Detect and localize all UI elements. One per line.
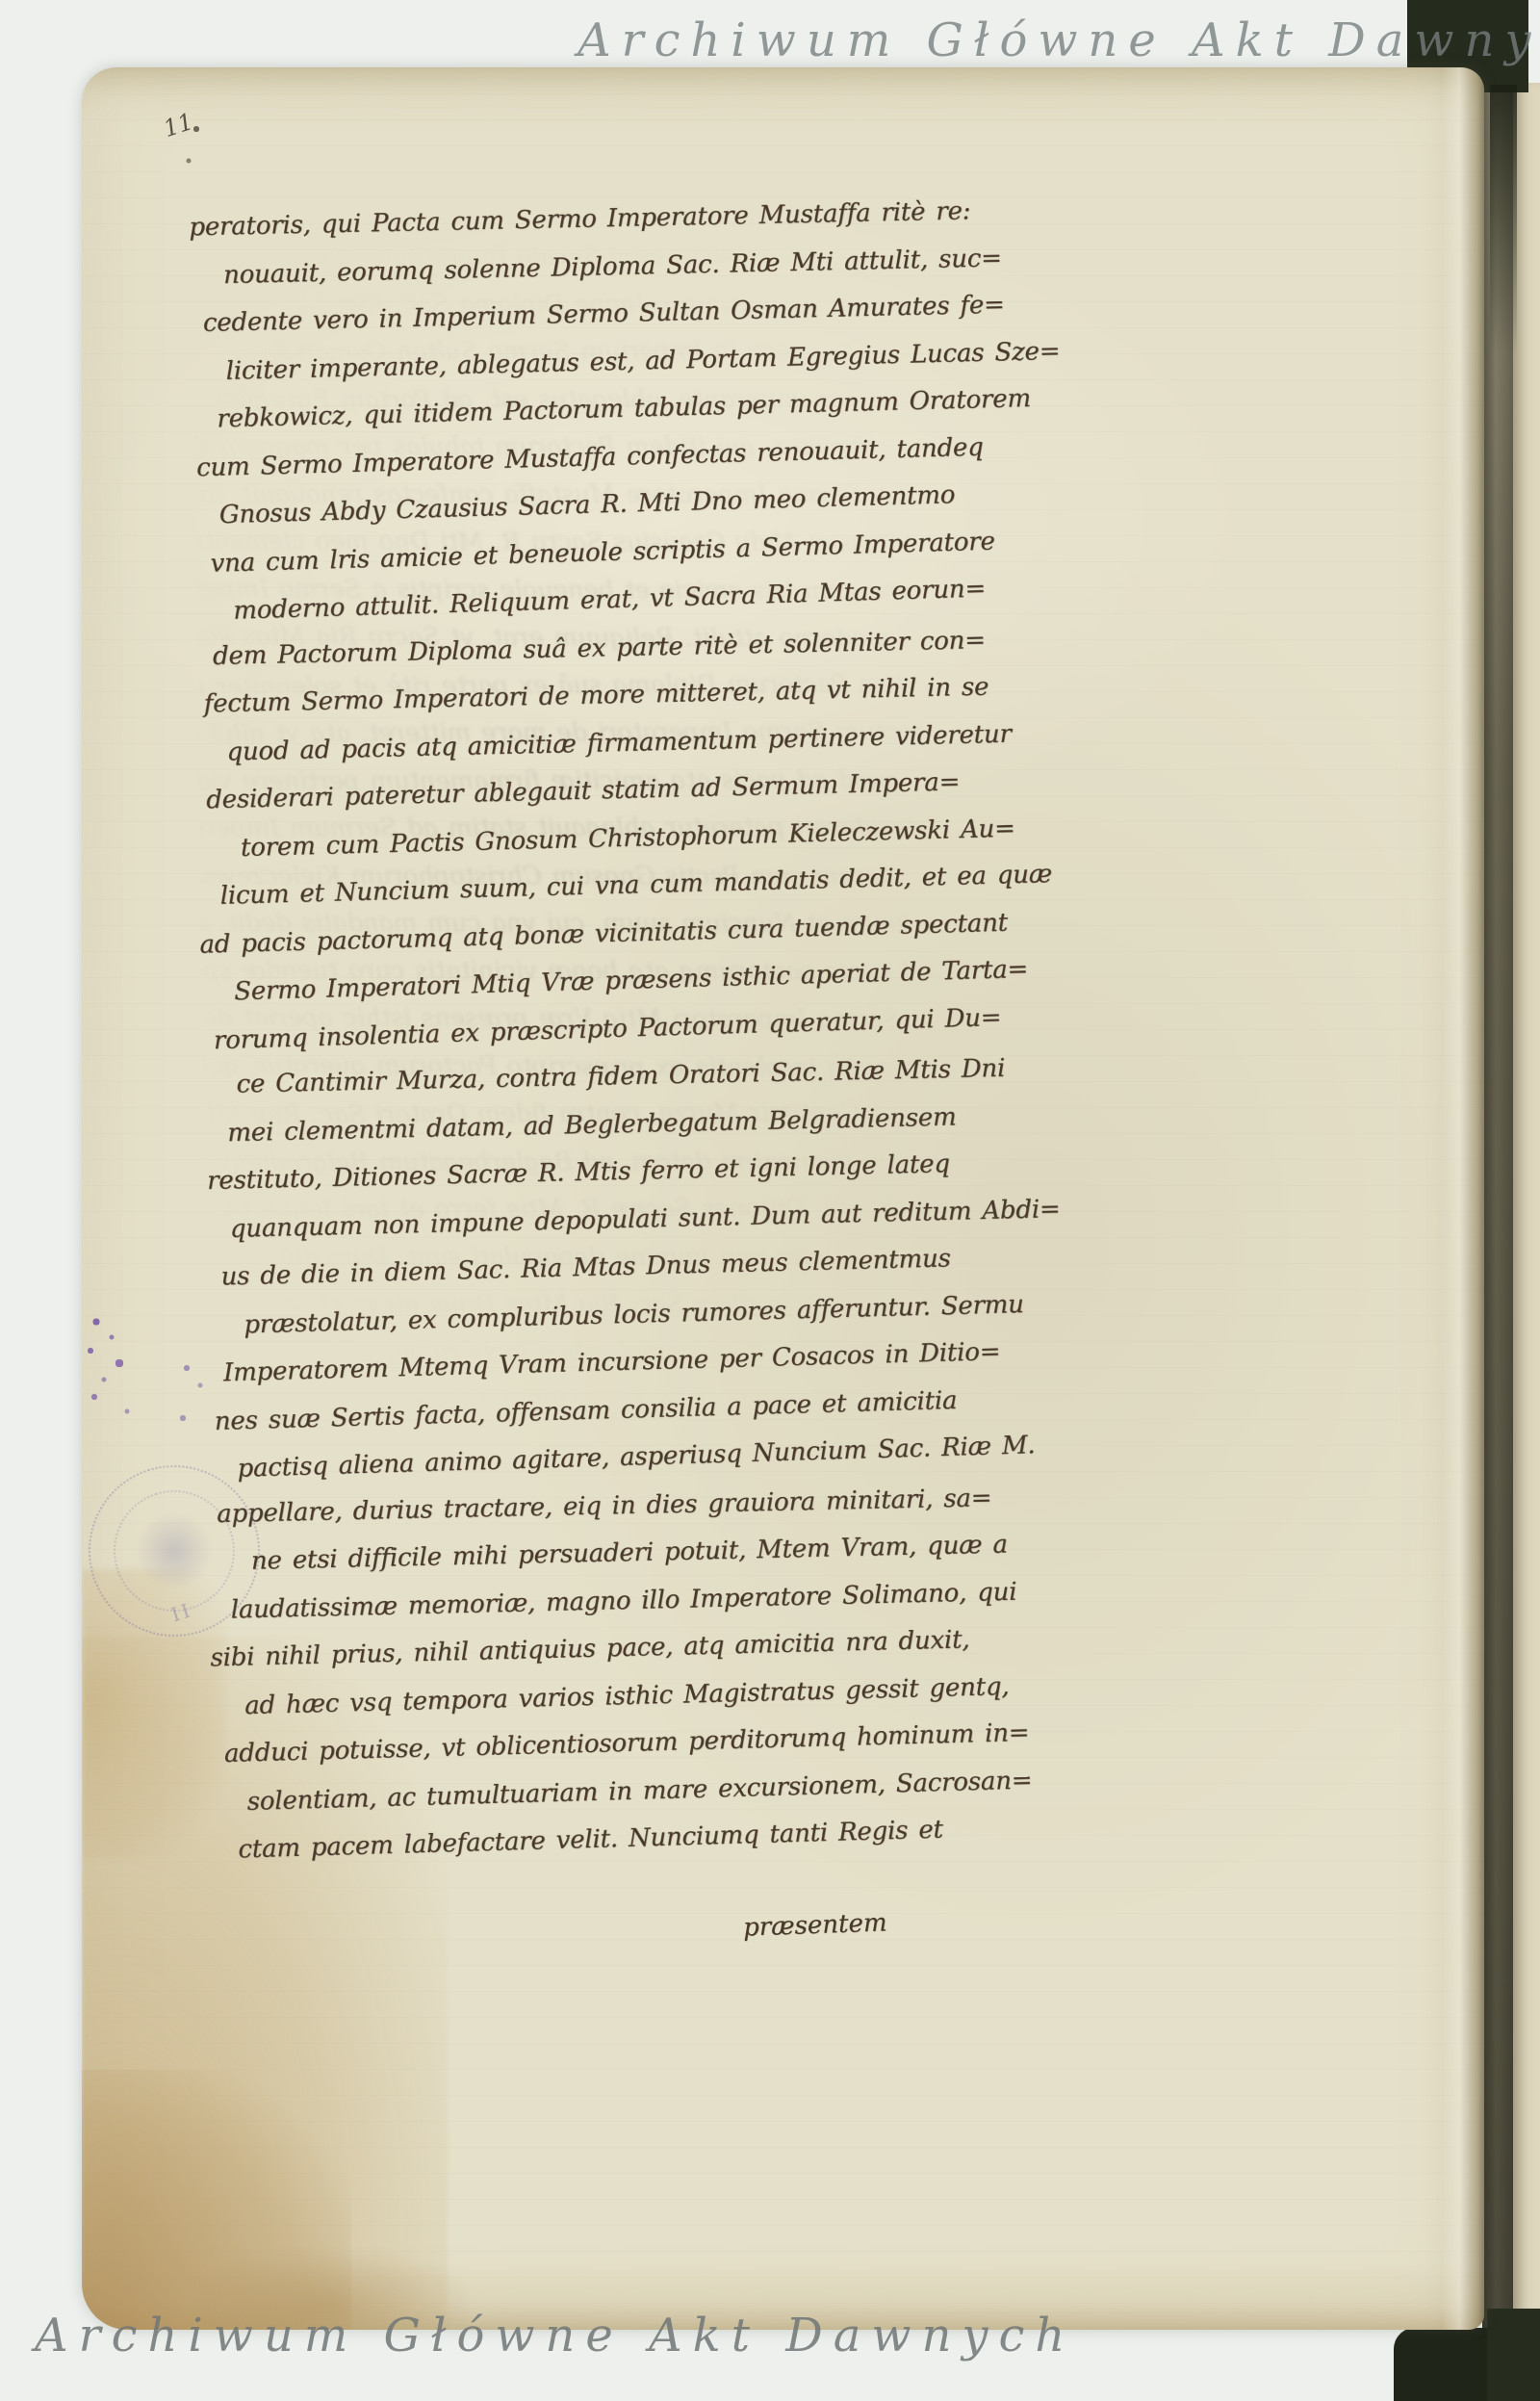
manuscript-scan: peratoris, qui Pacta cum Sermo Imperator…: [0, 0, 1540, 2401]
folio-number: 11: [160, 108, 196, 142]
watermark-top: Archiwum Główne Akt Dawnych: [577, 13, 1540, 67]
paper-stain: [82, 2070, 351, 2330]
book-gutter: [1482, 83, 1513, 2401]
catchword: præsentem: [743, 1908, 887, 1942]
manuscript-page: peratoris, qui Pacta cum Sermo Imperator…: [82, 67, 1484, 2330]
binding-cloth-bottom-right: [1487, 2309, 1540, 2401]
binding-shadow: [1490, 85, 1517, 393]
ink-speckles: [82, 67, 84, 69]
paper-stain: [197, 2253, 467, 2330]
manuscript-text-block: peratoris, qui Pacta cum Sermo Imperator…: [189, 192, 945, 1871]
page-edge-curl: [1442, 67, 1484, 2330]
facing-page-edge: [1513, 83, 1540, 2318]
